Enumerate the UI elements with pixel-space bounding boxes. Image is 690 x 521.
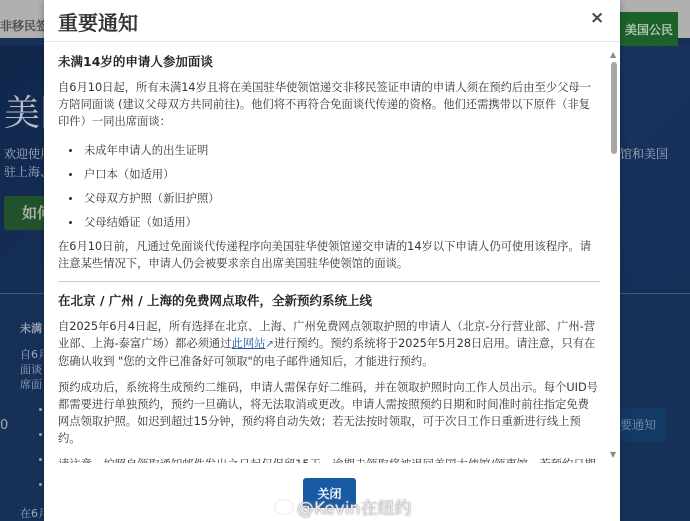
section-heading-minors: 未满14岁的申请人参加面谈 (58, 53, 600, 70)
scroll-up-arrow-icon[interactable]: ▲ (610, 50, 616, 59)
modal-scrollbar[interactable]: ▲ ▼ (609, 50, 619, 460)
watermark: @Kevin在纽约 (275, 494, 411, 519)
section-divider (58, 281, 600, 282)
modal-body[interactable]: 未满14岁的申请人参加面谈 自6月10日起，所有未满14岁且将在美国驻华使领馆递… (44, 43, 620, 463)
list-item: 父母双方护照（新旧护照） (58, 190, 600, 207)
modal-content: 未满14岁的申请人参加面谈 自6月10日起，所有未满14岁且将在美国驻华使领馆递… (58, 53, 600, 463)
close-icon[interactable]: × (590, 8, 604, 28)
list-item: 父母结婚证（如适用） (58, 214, 600, 231)
weibo-icon (275, 500, 293, 514)
list-item: 户口本（如适用） (58, 166, 600, 183)
required-documents-list: 未成年申请人的出生证明 户口本（如适用） 父母双方护照（新旧护照） 父母结婚证（… (58, 142, 600, 231)
section-heading-pickup: 在北京 / 广州 / 上海的免费网点取件，全新预约系统上线 (58, 292, 600, 309)
modal-title: 重要通知 (58, 7, 138, 36)
appointment-website-link[interactable]: 此网站 (232, 337, 266, 350)
important-notice-modal: 重要通知 × 未满14岁的申请人参加面谈 自6月10日起，所有未满14岁且将在美… (44, 0, 620, 521)
modal-header: 重要通知 × (44, 0, 620, 42)
section-paragraph: 请注意，护照自领取通知邮件发出之日起仅保留15天。逾期未领取将被退回美国大使馆/… (58, 456, 600, 463)
section-paragraph: 自2025年6月4日起，所有选择在北京、上海、广州免费网点领取护照的申请人（北京… (58, 318, 600, 370)
section-paragraph: 预约成功后，系统将生成预约二维码，申请人需保存好二维码，并在领取护照时向工作人员… (58, 379, 600, 447)
section-paragraph: 在6月10日前，凡通过免面谈代传递程序向美国驻华使领馆递交申请的14岁以下申请人… (58, 238, 600, 272)
list-item: 未成年申请人的出生证明 (58, 142, 600, 159)
watermark-text: @Kevin在纽约 (297, 494, 411, 519)
scroll-down-arrow-icon[interactable]: ▼ (610, 450, 616, 459)
external-link-icon[interactable]: ↗ (265, 339, 273, 350)
section-paragraph: 自6月10日起，所有未满14岁且将在美国驻华使领馆递交非移民签证申请的申请人须在… (58, 79, 600, 130)
scrollbar-thumb[interactable] (611, 62, 617, 154)
